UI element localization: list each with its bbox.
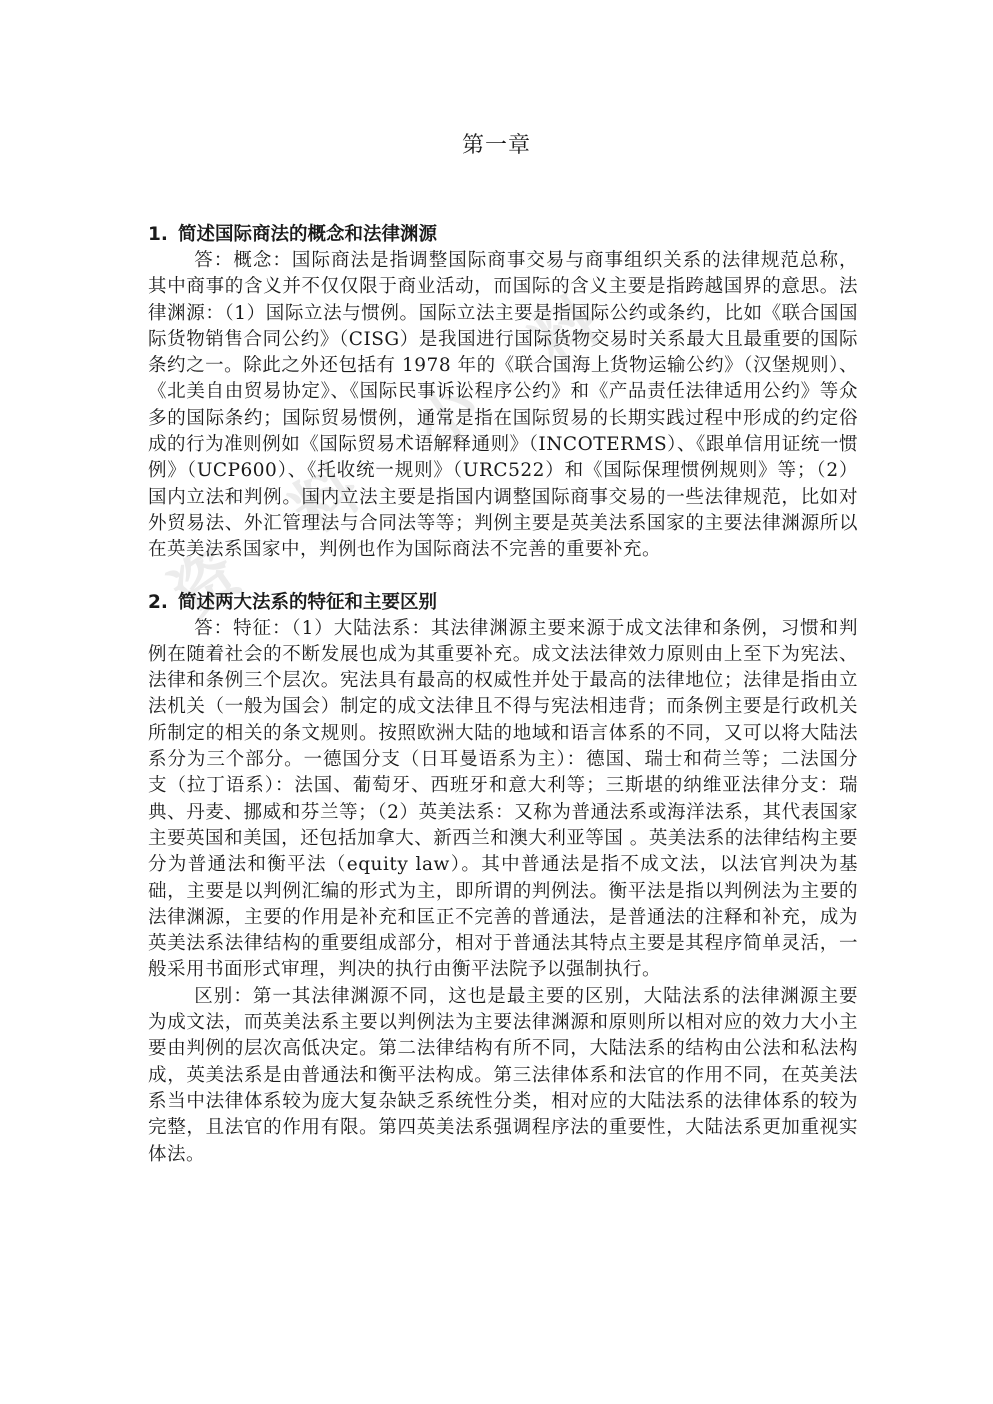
document-page: 资 料 小 料 第一章 1.简述国际商法的概念和法律渊源 答：概念：国际商法是指…: [0, 0, 993, 1404]
answer-paragraph: 答：特征：（1）大陆法系：其法律渊源主要来源于成文法律和条例，习惯和判例在随着社…: [148, 616, 858, 984]
question-heading: 2.简述两大法系的特征和主要区别: [148, 590, 858, 616]
answer-paragraph: 答：概念：国际商法是指调整国际商事交易与商事组织关系的法律规范总称，其中商事的含…: [148, 248, 858, 564]
document-body: 1.简述国际商法的概念和法律渊源 答：概念：国际商法是指调整国际商事交易与商事组…: [148, 222, 858, 1194]
question-number: 1.: [148, 222, 178, 248]
question-heading: 1.简述国际商法的概念和法律渊源: [148, 222, 858, 248]
question-title: 简述两大法系的特征和主要区别: [178, 592, 437, 613]
question-section-2: 2.简述两大法系的特征和主要区别 答：特征：（1）大陆法系：其法律渊源主要来源于…: [148, 590, 858, 1168]
question-section-1: 1.简述国际商法的概念和法律渊源 答：概念：国际商法是指调整国际商事交易与商事组…: [148, 222, 858, 564]
answer-paragraph: 区别：第一其法律渊源不同，这也是最主要的区别，大陆法系的法律渊源主要为成文法，而…: [148, 984, 858, 1168]
question-title: 简述国际商法的概念和法律渊源: [178, 224, 437, 245]
question-number: 2.: [148, 590, 178, 616]
chapter-title: 第一章: [0, 128, 993, 159]
